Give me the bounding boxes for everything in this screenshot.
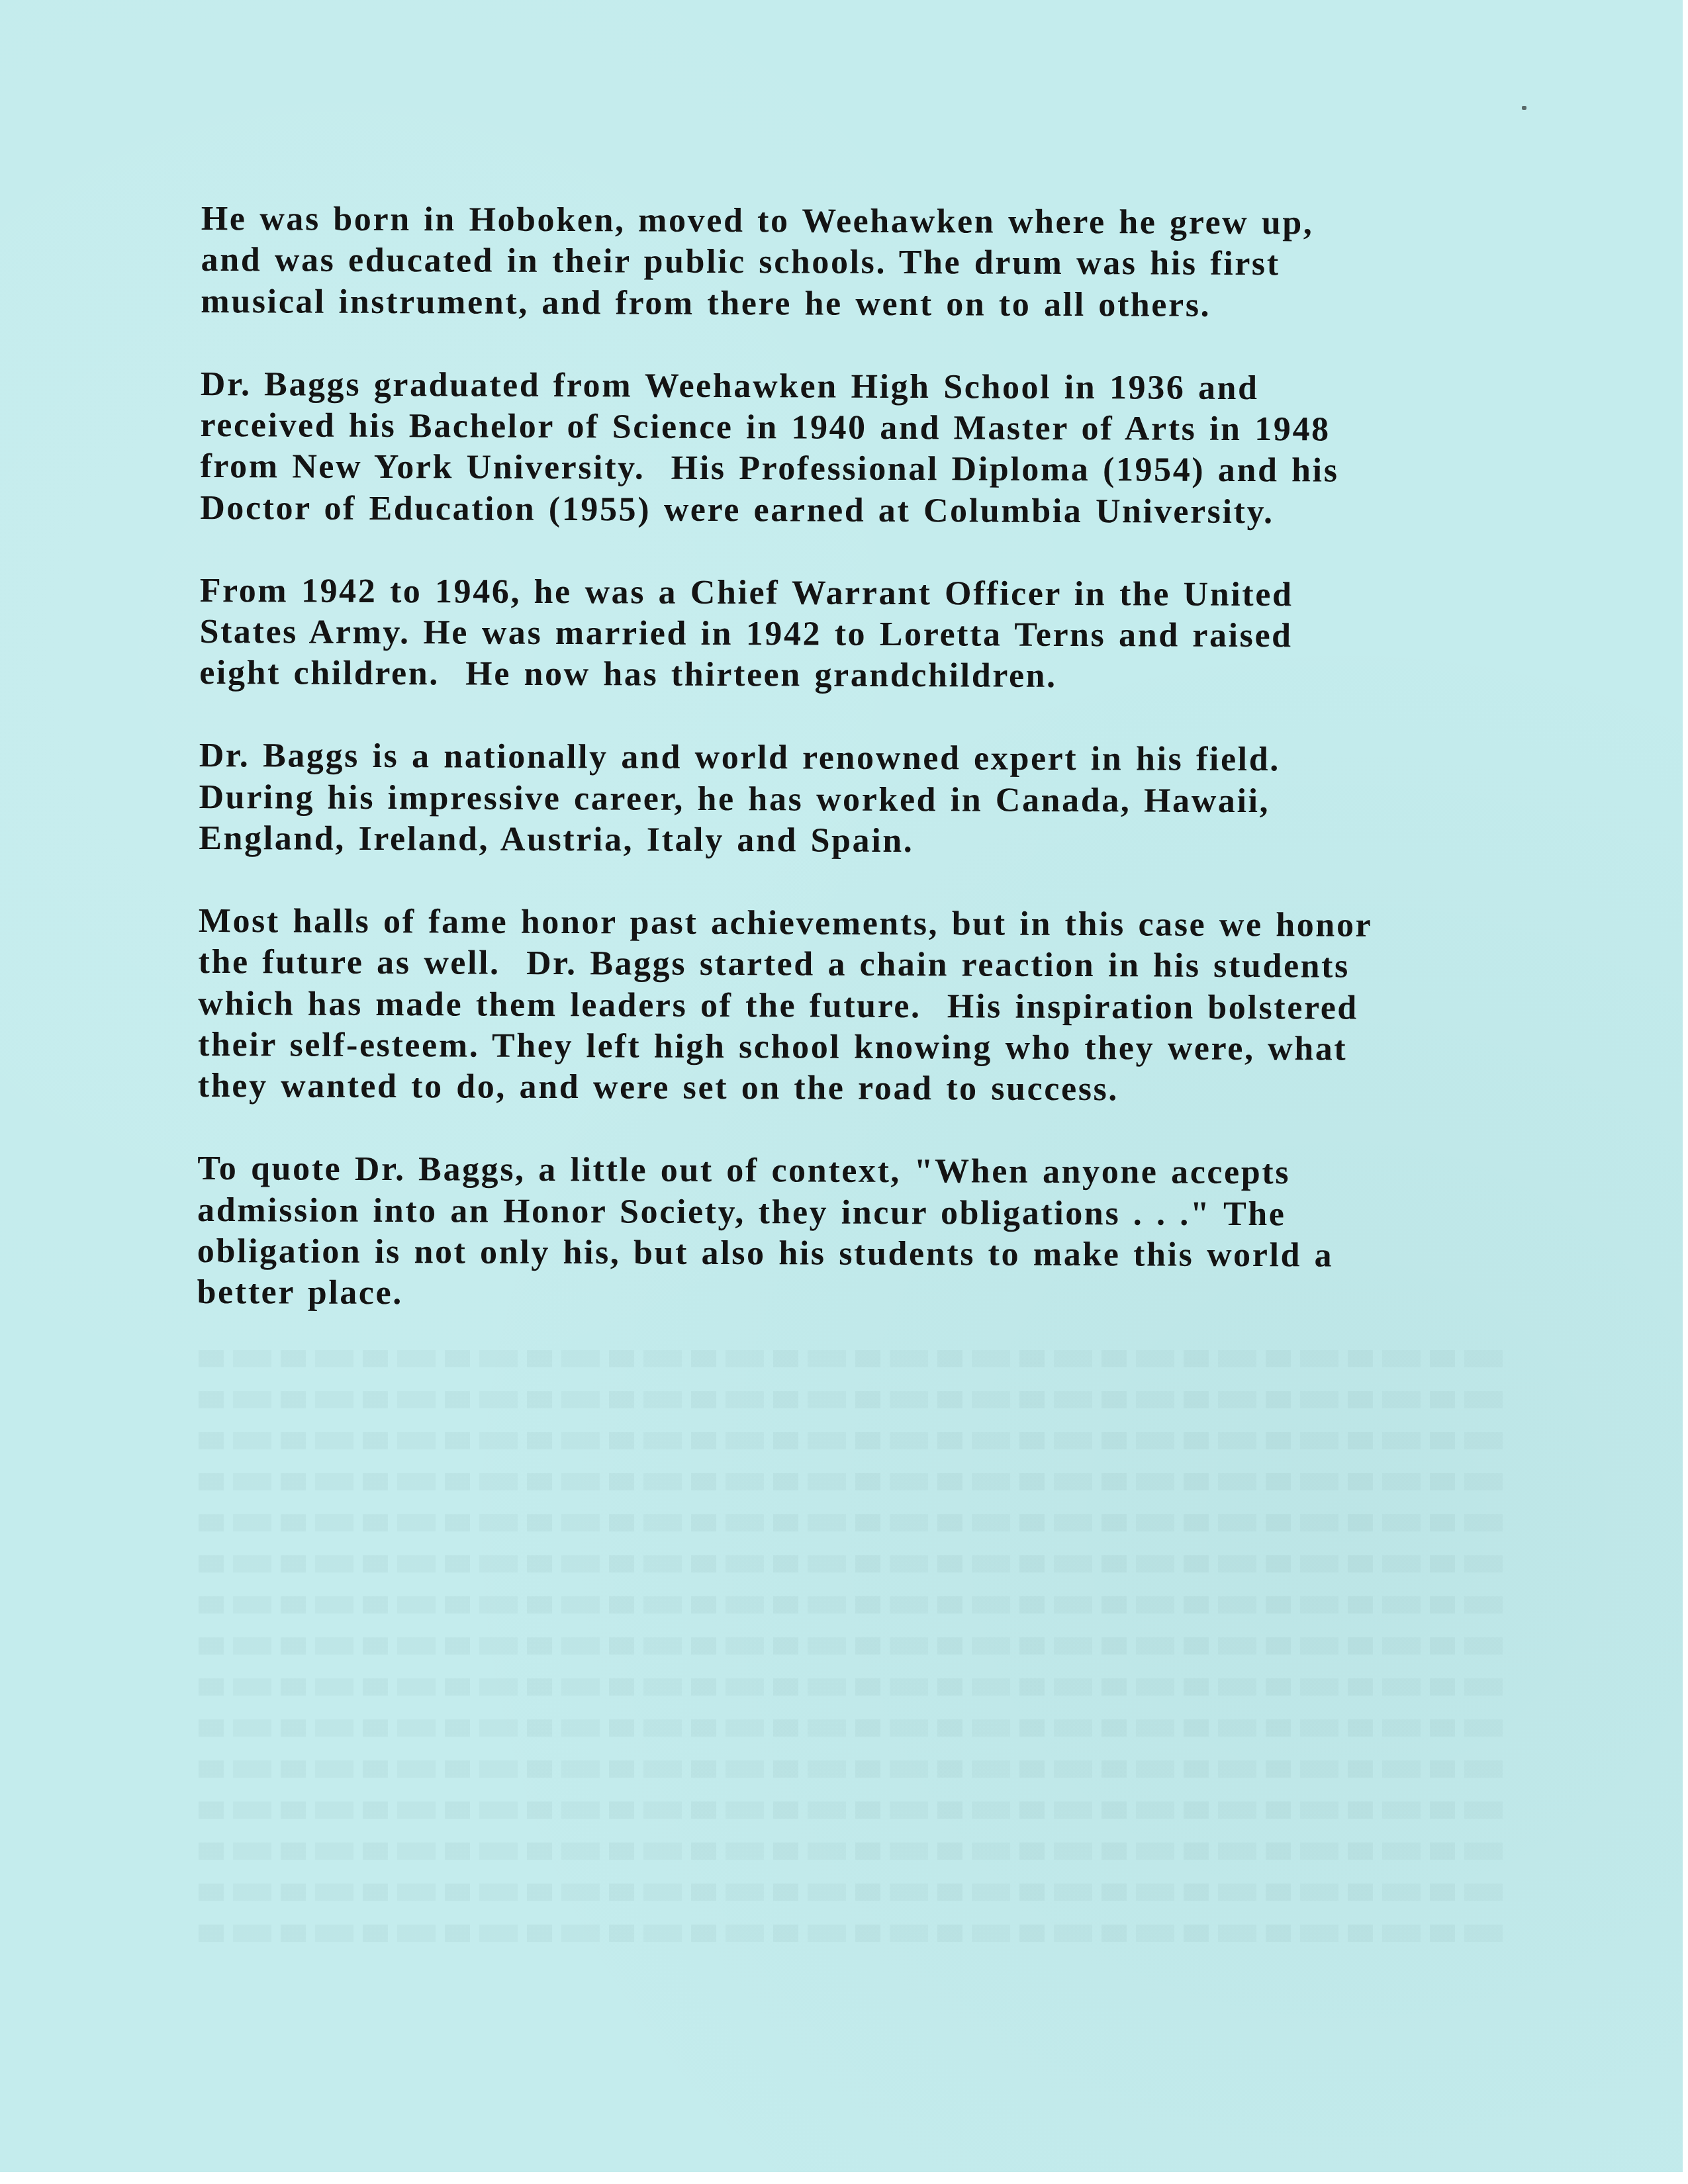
text-line: better place. bbox=[197, 1272, 1521, 1318]
paper-speck bbox=[1522, 106, 1526, 110]
text-line: obligation is not only his, but also his… bbox=[197, 1231, 1521, 1277]
bleed-through-line bbox=[199, 1760, 1509, 1778]
bleed-through-line bbox=[199, 1925, 1509, 1942]
text-line: received his Bachelor of Science in 1940… bbox=[201, 405, 1524, 451]
text-line: they wanted to do, and were set on the r… bbox=[198, 1066, 1522, 1112]
paragraph: He was born in Hoboken, moved to Weehawk… bbox=[201, 199, 1525, 328]
bleed-through-line bbox=[199, 1801, 1509, 1819]
bleed-through-line bbox=[199, 1843, 1509, 1860]
text-line: musical instrument, and from there he we… bbox=[201, 281, 1524, 328]
bleed-through-line bbox=[199, 1391, 1509, 1408]
bleed-through-line bbox=[199, 1719, 1509, 1737]
bleed-through-line bbox=[199, 1884, 1509, 1901]
text-line: From 1942 to 1946, he was a Chief Warran… bbox=[200, 570, 1524, 617]
text-line: States Army. He was married in 1942 to L… bbox=[199, 612, 1523, 658]
text-line: admission into an Honor Society, they in… bbox=[197, 1190, 1521, 1236]
bleed-through-line bbox=[199, 1596, 1509, 1614]
bleed-through-line bbox=[199, 1555, 1509, 1572]
text-line: the future as well. Dr. Baggs started a … bbox=[198, 942, 1522, 988]
bleed-through-line bbox=[199, 1514, 1509, 1531]
paragraph: Dr. Baggs graduated from Weehawken High … bbox=[200, 364, 1524, 534]
paragraph: Dr. Baggs is a nationally and world reno… bbox=[199, 735, 1523, 864]
paragraph: To quote Dr. Baggs, a little out of cont… bbox=[197, 1148, 1522, 1318]
text-line: their self-esteem. They left high school… bbox=[198, 1024, 1522, 1071]
text-line: and was educated in their public schools… bbox=[201, 240, 1525, 286]
bleed-through-line bbox=[199, 1637, 1509, 1655]
text-line: from New York University. His Profession… bbox=[200, 446, 1524, 492]
scanned-page: He was born in Hoboken, moved to Weehawk… bbox=[0, 0, 1683, 2172]
bleed-through-line bbox=[199, 1473, 1509, 1490]
text-line: Dr. Baggs graduated from Weehawken High … bbox=[201, 364, 1524, 410]
bleed-through-line bbox=[199, 1678, 1509, 1696]
text-line: Dr. Baggs is a nationally and world reno… bbox=[199, 735, 1523, 782]
text-line: which has made them leaders of the futur… bbox=[198, 983, 1522, 1030]
text-line: He was born in Hoboken, moved to Weehawk… bbox=[201, 199, 1525, 245]
bleed-through-line bbox=[199, 1432, 1509, 1449]
paragraph: Most halls of fame honor past achievemen… bbox=[198, 901, 1523, 1113]
bleed-through-text bbox=[199, 1350, 1509, 1966]
text-line: England, Ireland, Austria, Italy and Spa… bbox=[199, 818, 1523, 864]
text-line: Most halls of fame honor past achievemen… bbox=[199, 901, 1523, 947]
text-line: To quote Dr. Baggs, a little out of cont… bbox=[197, 1148, 1521, 1195]
text-line: eight children. He now has thirteen gran… bbox=[199, 653, 1523, 699]
text-line: During his impressive career, he has wor… bbox=[199, 777, 1523, 823]
biography-text: He was born in Hoboken, moved to Weehawk… bbox=[197, 199, 1525, 1360]
paragraph: From 1942 to 1946, he was a Chief Warran… bbox=[199, 570, 1524, 700]
text-line: Doctor of Education (1955) were earned a… bbox=[200, 488, 1524, 534]
